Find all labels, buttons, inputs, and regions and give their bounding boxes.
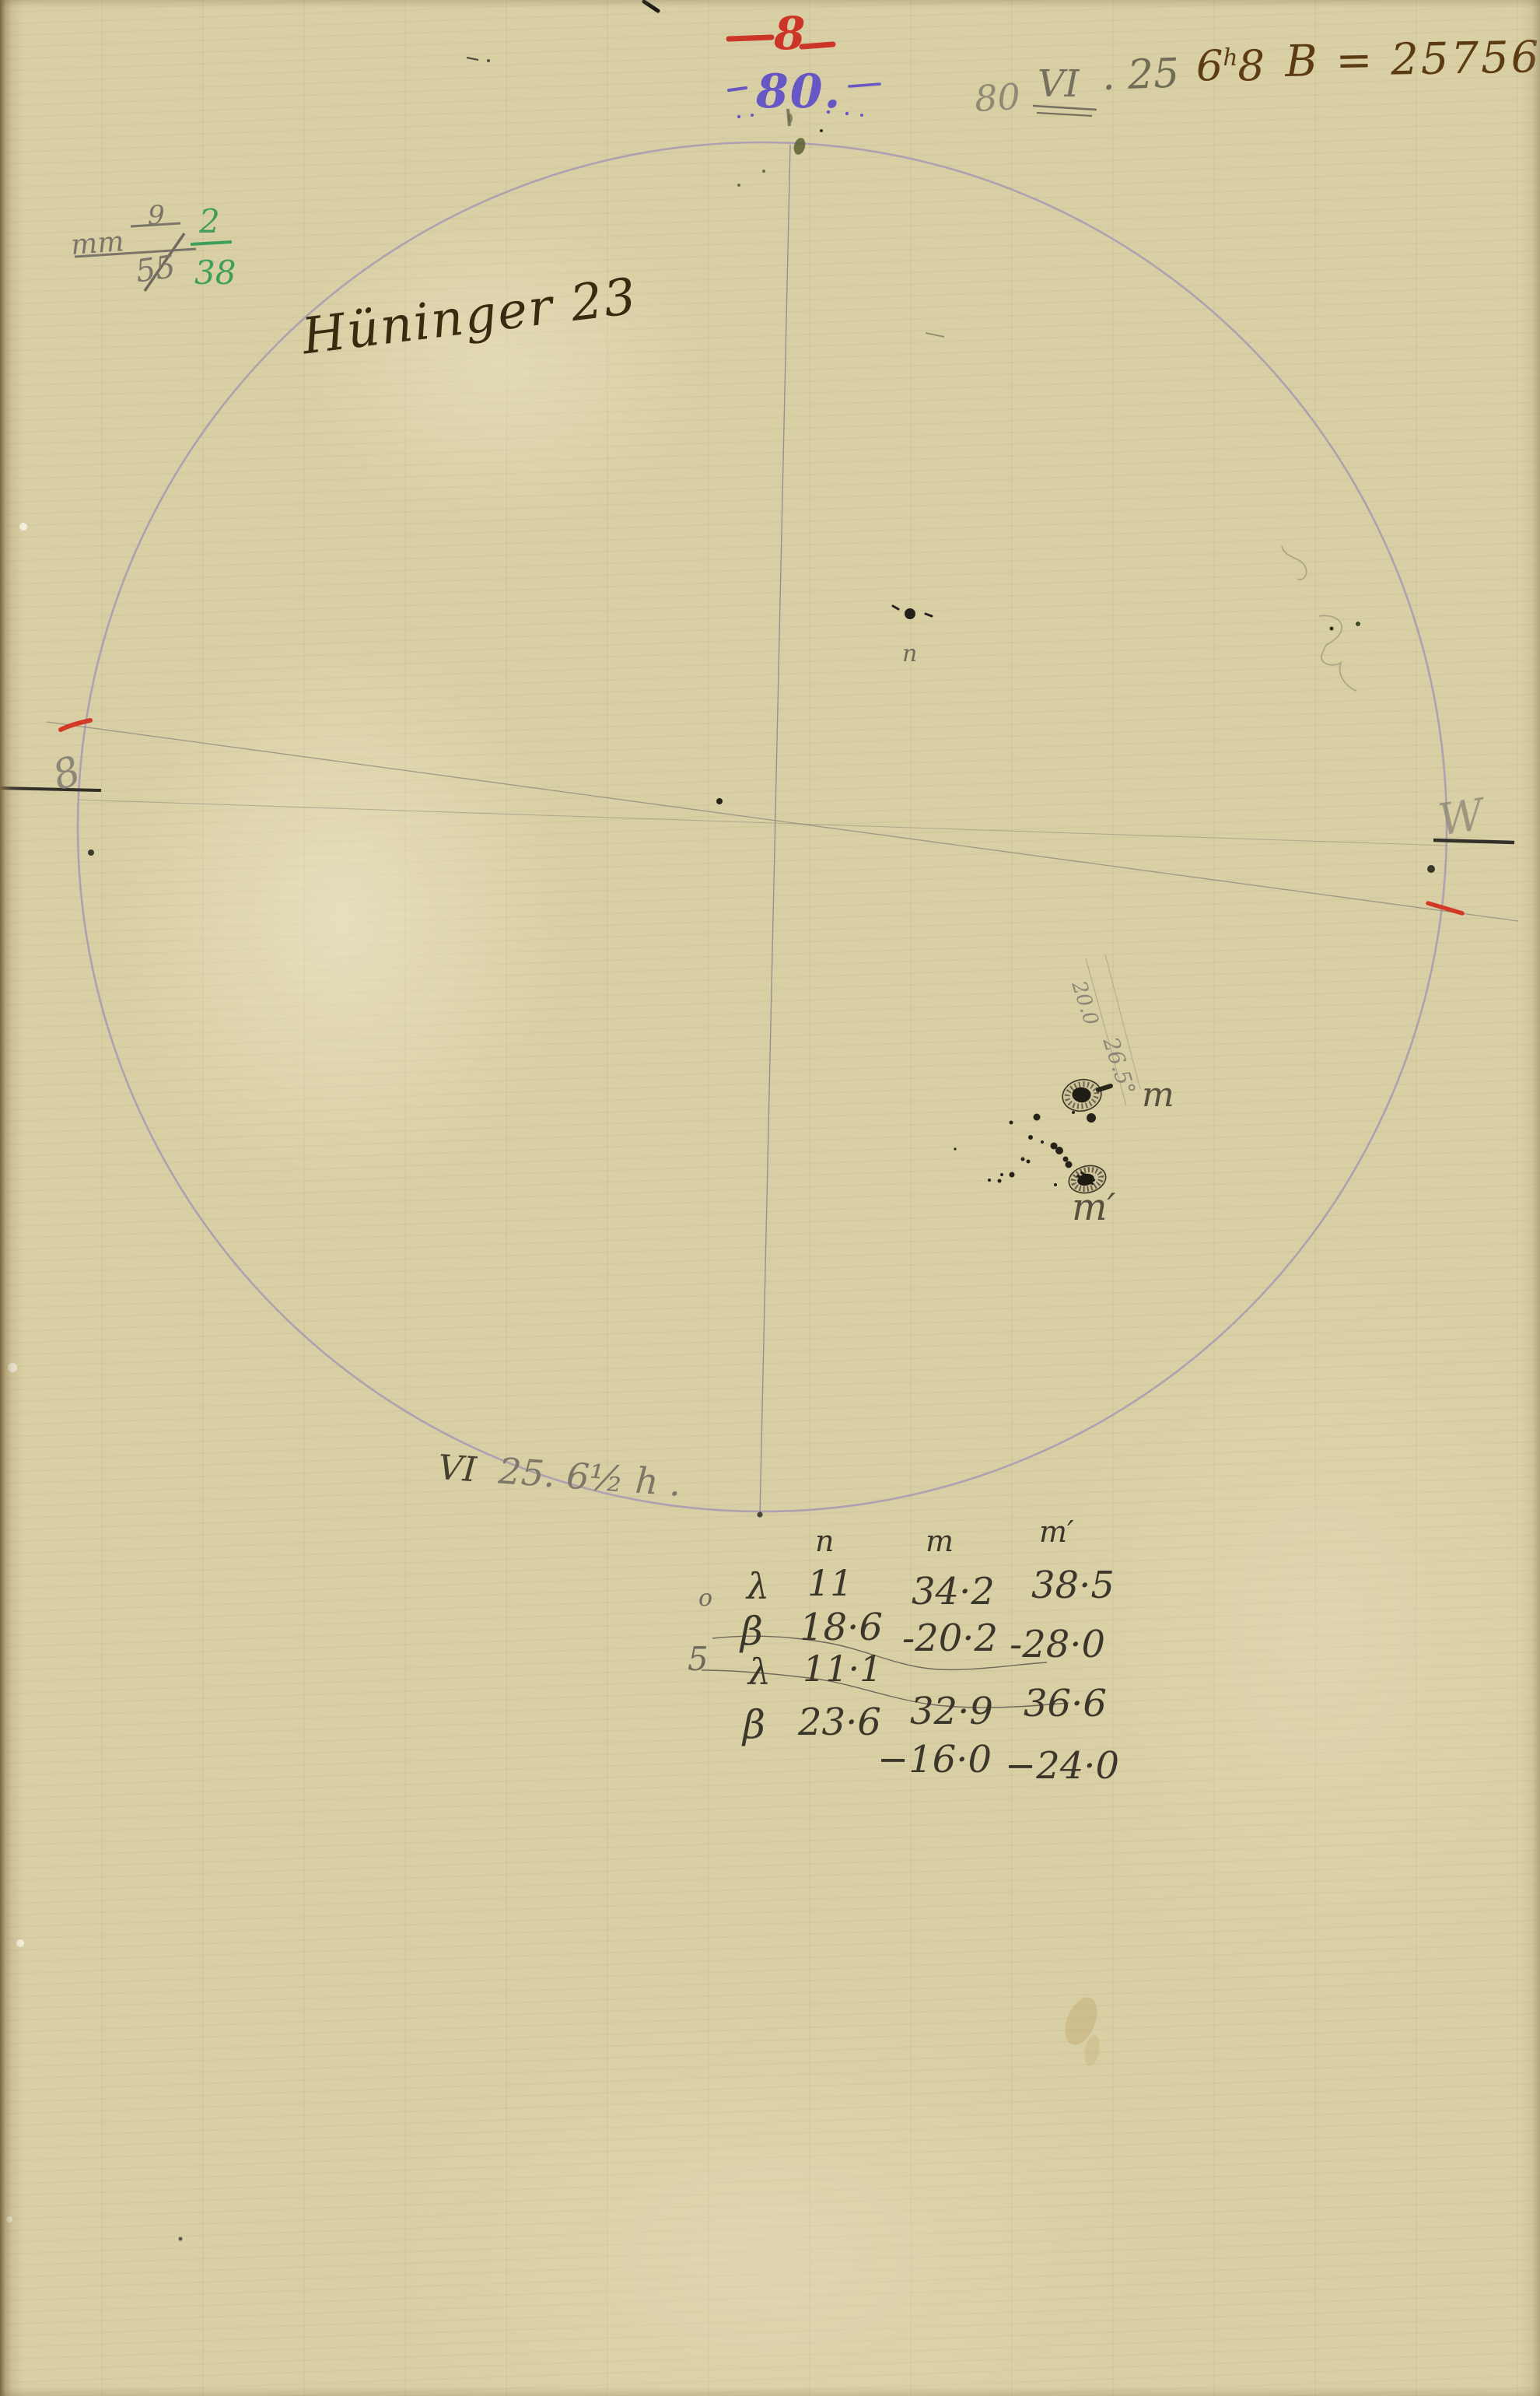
east-limb-glyph: 8 [48,751,86,797]
row3-label: λ [748,1654,771,1690]
paper-edge-bottom [0,2387,1540,2396]
fiber-squiggle [1282,546,1307,580]
green-fraction-bar [191,242,232,244]
time-superscript: h [1223,44,1237,72]
corner-note-prefix: mm [70,228,125,260]
sunspot-m [1059,1076,1111,1115]
paper-edge-right [1521,0,1540,2396]
pencil-dot [487,59,490,62]
measure-note-upper: 20.0 [1068,979,1101,1028]
time-hour: 6 [1196,41,1223,90]
datetime-note: VI 25. 6½ h . [437,1448,682,1502]
row4-n: 23·6 [798,1704,881,1741]
ecliptic-line [47,722,1518,921]
red-limb-tick-west [1428,903,1462,913]
green-fraction-numerator: 2 [199,205,220,238]
page-number-red: 8 [774,11,805,56]
row3-n: 11·1 [803,1651,882,1687]
measure-note-lower: 26.5° [1099,1035,1138,1098]
green-fraction-denominator: 38 [194,257,236,289]
fiber-squiggle-2 [1319,615,1356,691]
month-underline [1033,106,1097,110]
violet-dash-right [849,84,880,86]
west-limb-glyph: W [1436,793,1486,842]
observation-sheet: 8 80. 80 VI . 25 6h8 B = 25756 mm 9 55 2… [0,0,1540,2396]
month-roman: VI [1038,65,1080,103]
pencil-dash [467,58,478,60]
violet-dash-left [729,88,746,90]
vertical-diameter-line [760,145,790,1515]
horizontal-diameter-line [78,800,1447,846]
sunspot-n [893,606,932,619]
margin-mark-5: 5 [688,1643,709,1676]
pore-trail [954,1111,1096,1186]
bottom-limb-dot [757,1512,762,1517]
red-dash-right [802,44,833,47]
spot-m-label: m [1142,1078,1174,1112]
paper-edge-top [0,0,1540,8]
row2-n: 18·6 [800,1609,883,1646]
page-number-blue: 80. [756,68,842,115]
speck [820,129,823,132]
row4-m-prime: 36·6 [1024,1685,1107,1722]
row1-n: 11 [807,1565,853,1601]
time-min: 8 [1237,41,1264,90]
speck [737,184,740,187]
red-dash-left [729,37,772,39]
row1-label: λ [747,1568,769,1604]
row4-m: 32·9 [910,1693,993,1730]
table-col-m: m [926,1526,954,1556]
day-number: . 25 [1101,54,1180,96]
row5-m-prime: −24·0 [1005,1747,1119,1785]
drawing-layer [0,0,1540,2396]
margin-mark-o: o [698,1587,712,1610]
row2-m-prime: -28·0 [1010,1626,1105,1663]
red-limb-tick-east [61,720,90,730]
old-fraction-denominator: 55 [134,251,177,288]
violet-dot [860,114,863,117]
register-note: B = 25756 [1285,36,1540,84]
row1-m: 34·2 [912,1573,995,1610]
month-underline-2 [1037,113,1092,116]
old-fraction-numerator: 9 [148,202,165,229]
time-note: 6h8 [1196,45,1265,87]
series-number: 80 [974,79,1021,117]
row2-label: β [740,1612,763,1651]
row4-label: β [743,1705,765,1744]
spot-m-prime-label: m′ [1072,1189,1115,1226]
datetime-rest: 25. 6½ h . [497,1449,682,1504]
west-limb-dot [1427,865,1435,873]
table-col-n: n [815,1526,834,1556]
center-left-dot [716,798,723,804]
speck [1330,627,1334,631]
paper-edge-left [0,0,23,2396]
speck [762,170,765,173]
violet-dot [751,114,754,117]
violet-dot [737,115,740,118]
table-col-m-prime: m′ [1039,1517,1074,1547]
solar-disk-circle [78,142,1447,1512]
datetime-month: VI [437,1448,478,1490]
spot-n-label: n [902,643,917,666]
pencil-dash [926,333,944,337]
row2-m: -20·2 [902,1620,998,1657]
violet-dot [845,112,849,115]
speck [1356,622,1360,626]
paper-stains [179,1993,1104,2241]
row1-m-prime: 38·5 [1031,1567,1115,1604]
east-limb-dot [88,849,94,856]
row5-m: −16·0 [877,1741,992,1778]
observer-signature: Hüninger 23 [299,271,640,362]
top-limb-blot [792,137,807,156]
